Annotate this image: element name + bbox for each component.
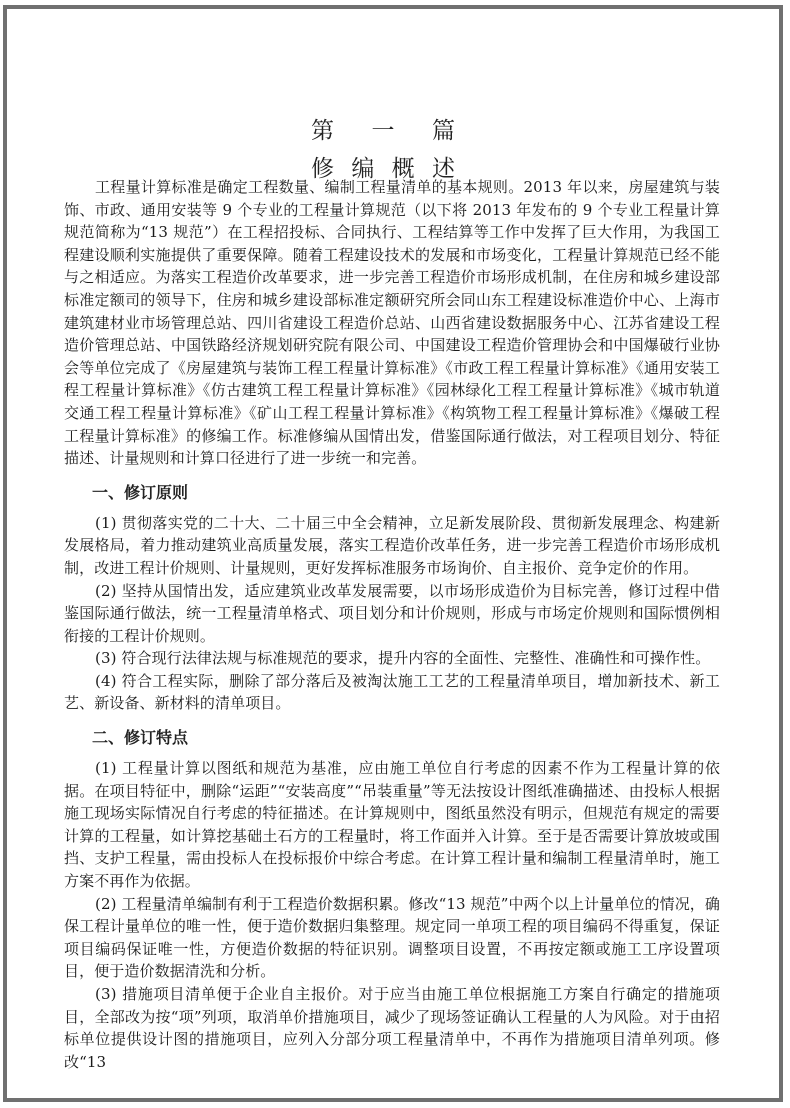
paragraph: (1) 贯彻落实党的二十大、二十届三中全会精神，立足新发展阶段、贯彻新发展理念、… (64, 512, 720, 580)
part-title-char: 篇 (432, 118, 455, 144)
page-number: · 1 · (690, 1012, 713, 1028)
intro-paragraph: 工程量计算标准是确定工程数量、编制工程量清单的基本规则。2013 年以来，房屋建… (64, 176, 720, 470)
body-text: 工程量计算标准是确定工程数量、编制工程量清单的基本规则。2013 年以来，房屋建… (64, 176, 720, 1073)
part-title-char: 第 (311, 118, 334, 144)
paragraph: (2) 工程量清单编制有利于工程造价数据积累。修改“13 规范”中两个以上计量单… (64, 893, 720, 983)
paragraph: (2) 坚持从国情出发，适应建筑业改革发展需要，以市场形成造价为目标完善，修订过… (64, 580, 720, 648)
section-heading-features: 二、修订特点 (92, 727, 720, 749)
paragraph: (3) 符合现行法律法规与标准规范的要求，提升内容的全面性、完整性、准确性和可操… (64, 647, 720, 670)
paragraph: (3) 措施项目清单便于企业自主报价。对于应当由施工单位根据施工方案自行确定的措… (64, 983, 720, 1073)
section-heading-principles: 一、修订原则 (92, 482, 720, 504)
part-title-char: 一 (372, 118, 395, 144)
paragraph: (4) 符合工程实际，删除了部分落后及被淘汰施工工艺的工程量清单项目，增加新技术… (64, 670, 720, 715)
paragraph: (1) 工程量计算以图纸和规范为基准，应由施工单位自行考虑的因素不作为工程量计算… (64, 757, 720, 893)
part-title: 第 一 篇 (311, 118, 455, 144)
